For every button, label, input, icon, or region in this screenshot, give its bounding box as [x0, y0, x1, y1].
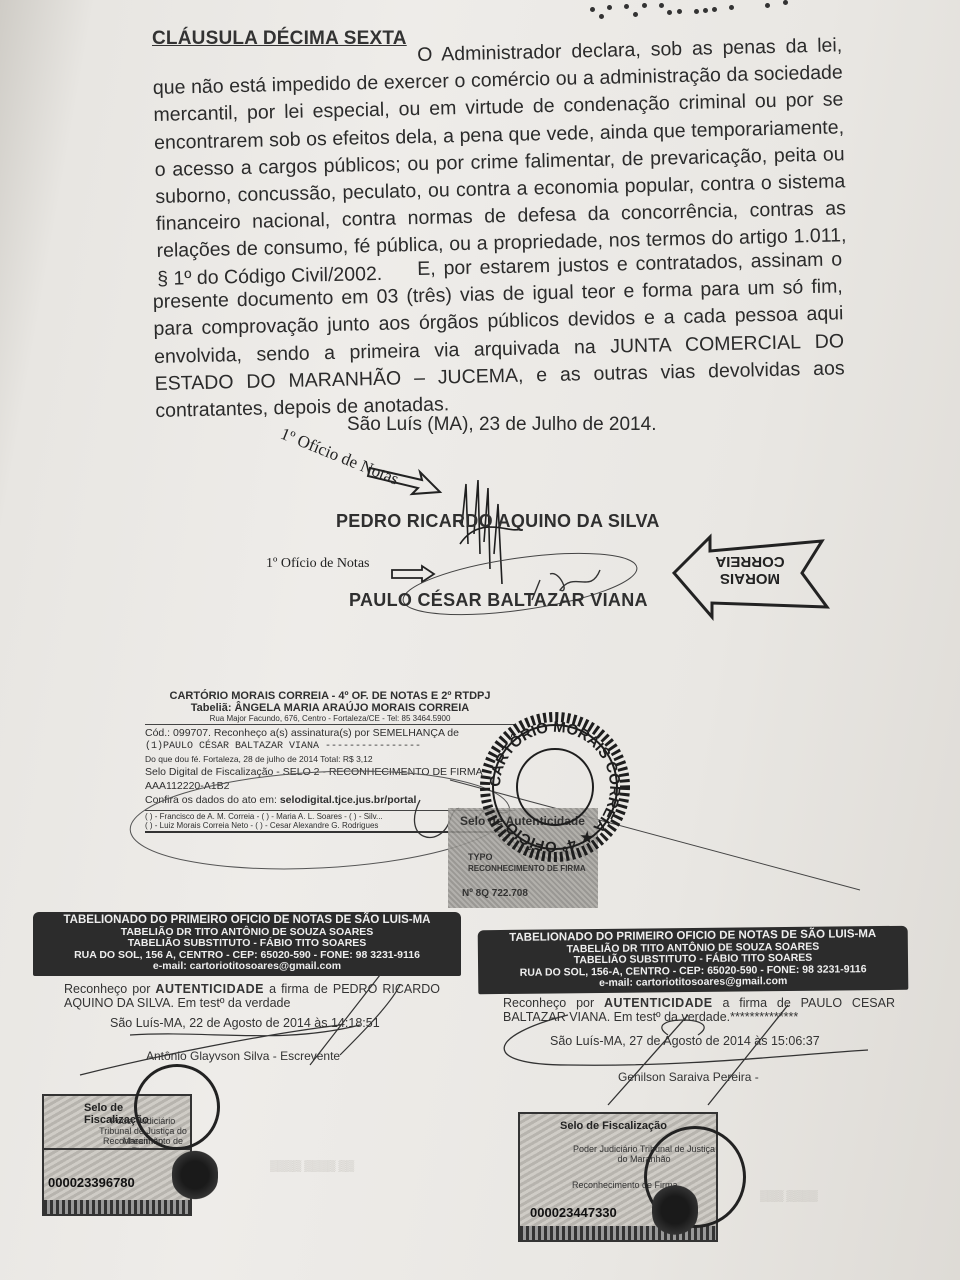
selo-left-pattern: [44, 1200, 190, 1214]
selo-right-number: 000023447330: [530, 1205, 617, 1220]
selo-left-number: 000023396780: [48, 1175, 135, 1190]
oficio-stamp-2: 1º Ofício de Notas: [266, 556, 369, 572]
place-date: São Luís (MA), 23 de Julho de 2014.: [347, 414, 656, 436]
cartorio-tabelia: Tabeliã: ÂNGELA MARIA ARAÚJO MORAIS CORR…: [145, 702, 515, 714]
cartorio-address: Rua Major Facundo, 676, Centro - Fortale…: [145, 714, 515, 725]
paragraph-indent: [152, 275, 417, 281]
selo-autenticidade-act: RECONHECIMENTO DE FIRMA: [468, 864, 586, 873]
tab-left-line1: TABELIONADO DO PRIMEIRO OFICIO DE NOTAS …: [39, 915, 455, 927]
cartorio-round-seal: CARTÓRIO MORAIS CORREIA ★ 4º OFÍCIO: [480, 712, 630, 862]
faded-bleed-text: ▒▒▒ ▒▒▒▒: [760, 1190, 818, 1202]
arrow-icon: [370, 462, 442, 496]
tabelionato-left-round-seal: [134, 1064, 220, 1150]
signature-scribble-right: [488, 995, 928, 1115]
selo-left-lower: 000023396780: [42, 1148, 192, 1216]
paragraph-indent: [152, 61, 417, 67]
arrow-stamp-text: MORAIS CORREIA: [705, 553, 795, 587]
oficio-stamp-2-text: 1º Ofício de Notas: [266, 556, 369, 571]
arrow-stamp-line2: CORREIA: [705, 553, 795, 570]
ink-blot-left: [172, 1150, 218, 1200]
cartorio-person-line: (1)PAULO CÉSAR BALTAZAR VIANA ----------…: [145, 741, 515, 752]
signer-name-pedro: PEDRO RICARDO AQUINO DA SILVA: [336, 511, 660, 532]
closing-paragraph-text: E, por estarem justos e contratados, ass…: [153, 248, 845, 422]
selo-autenticidade-number: Nº 8Q 722.708: [462, 888, 528, 899]
signature-scribble-left: [60, 975, 440, 1085]
cartorio-code-line: Cód.: 099707. Reconheço a(s) assinatura(…: [145, 727, 515, 739]
selo-right-title: Selo de Fiscalização: [560, 1120, 667, 1132]
signer-name-paulo: PAULO CÉSAR BALTAZAR VIANA: [349, 590, 648, 611]
tabelionato-right-header: TABELIONADO DO PRIMEIRO OFICIO DE NOTAS …: [478, 926, 909, 994]
binding-holes: [590, 2, 890, 16]
arrow-stamp-line1: MORAIS: [705, 570, 795, 587]
tab-left-line3: TABELIÃO SUBSTITUTO - FÁBIO TITO SOARES: [39, 938, 455, 950]
document-page: CLÁUSULA DÉCIMA SEXTA O Administrador de…: [0, 0, 960, 1280]
ink-blot-right: [652, 1184, 698, 1236]
faded-bleed-text: ▒▒▒▒ ▒▒▒▒ ▒▒: [270, 1160, 354, 1172]
tab-left-email: e-mail: cartoriotitosoares@gmail.com: [39, 961, 455, 973]
tabelionato-left-header: TABELIONADO DO PRIMEIRO OFICIO DE NOTAS …: [33, 912, 461, 976]
cartorio-title: CARTÓRIO MORAIS CORREIA - 4º OF. DE NOTA…: [145, 690, 515, 702]
closing-paragraph: E, por estarem justos e contratados, ass…: [152, 246, 846, 425]
